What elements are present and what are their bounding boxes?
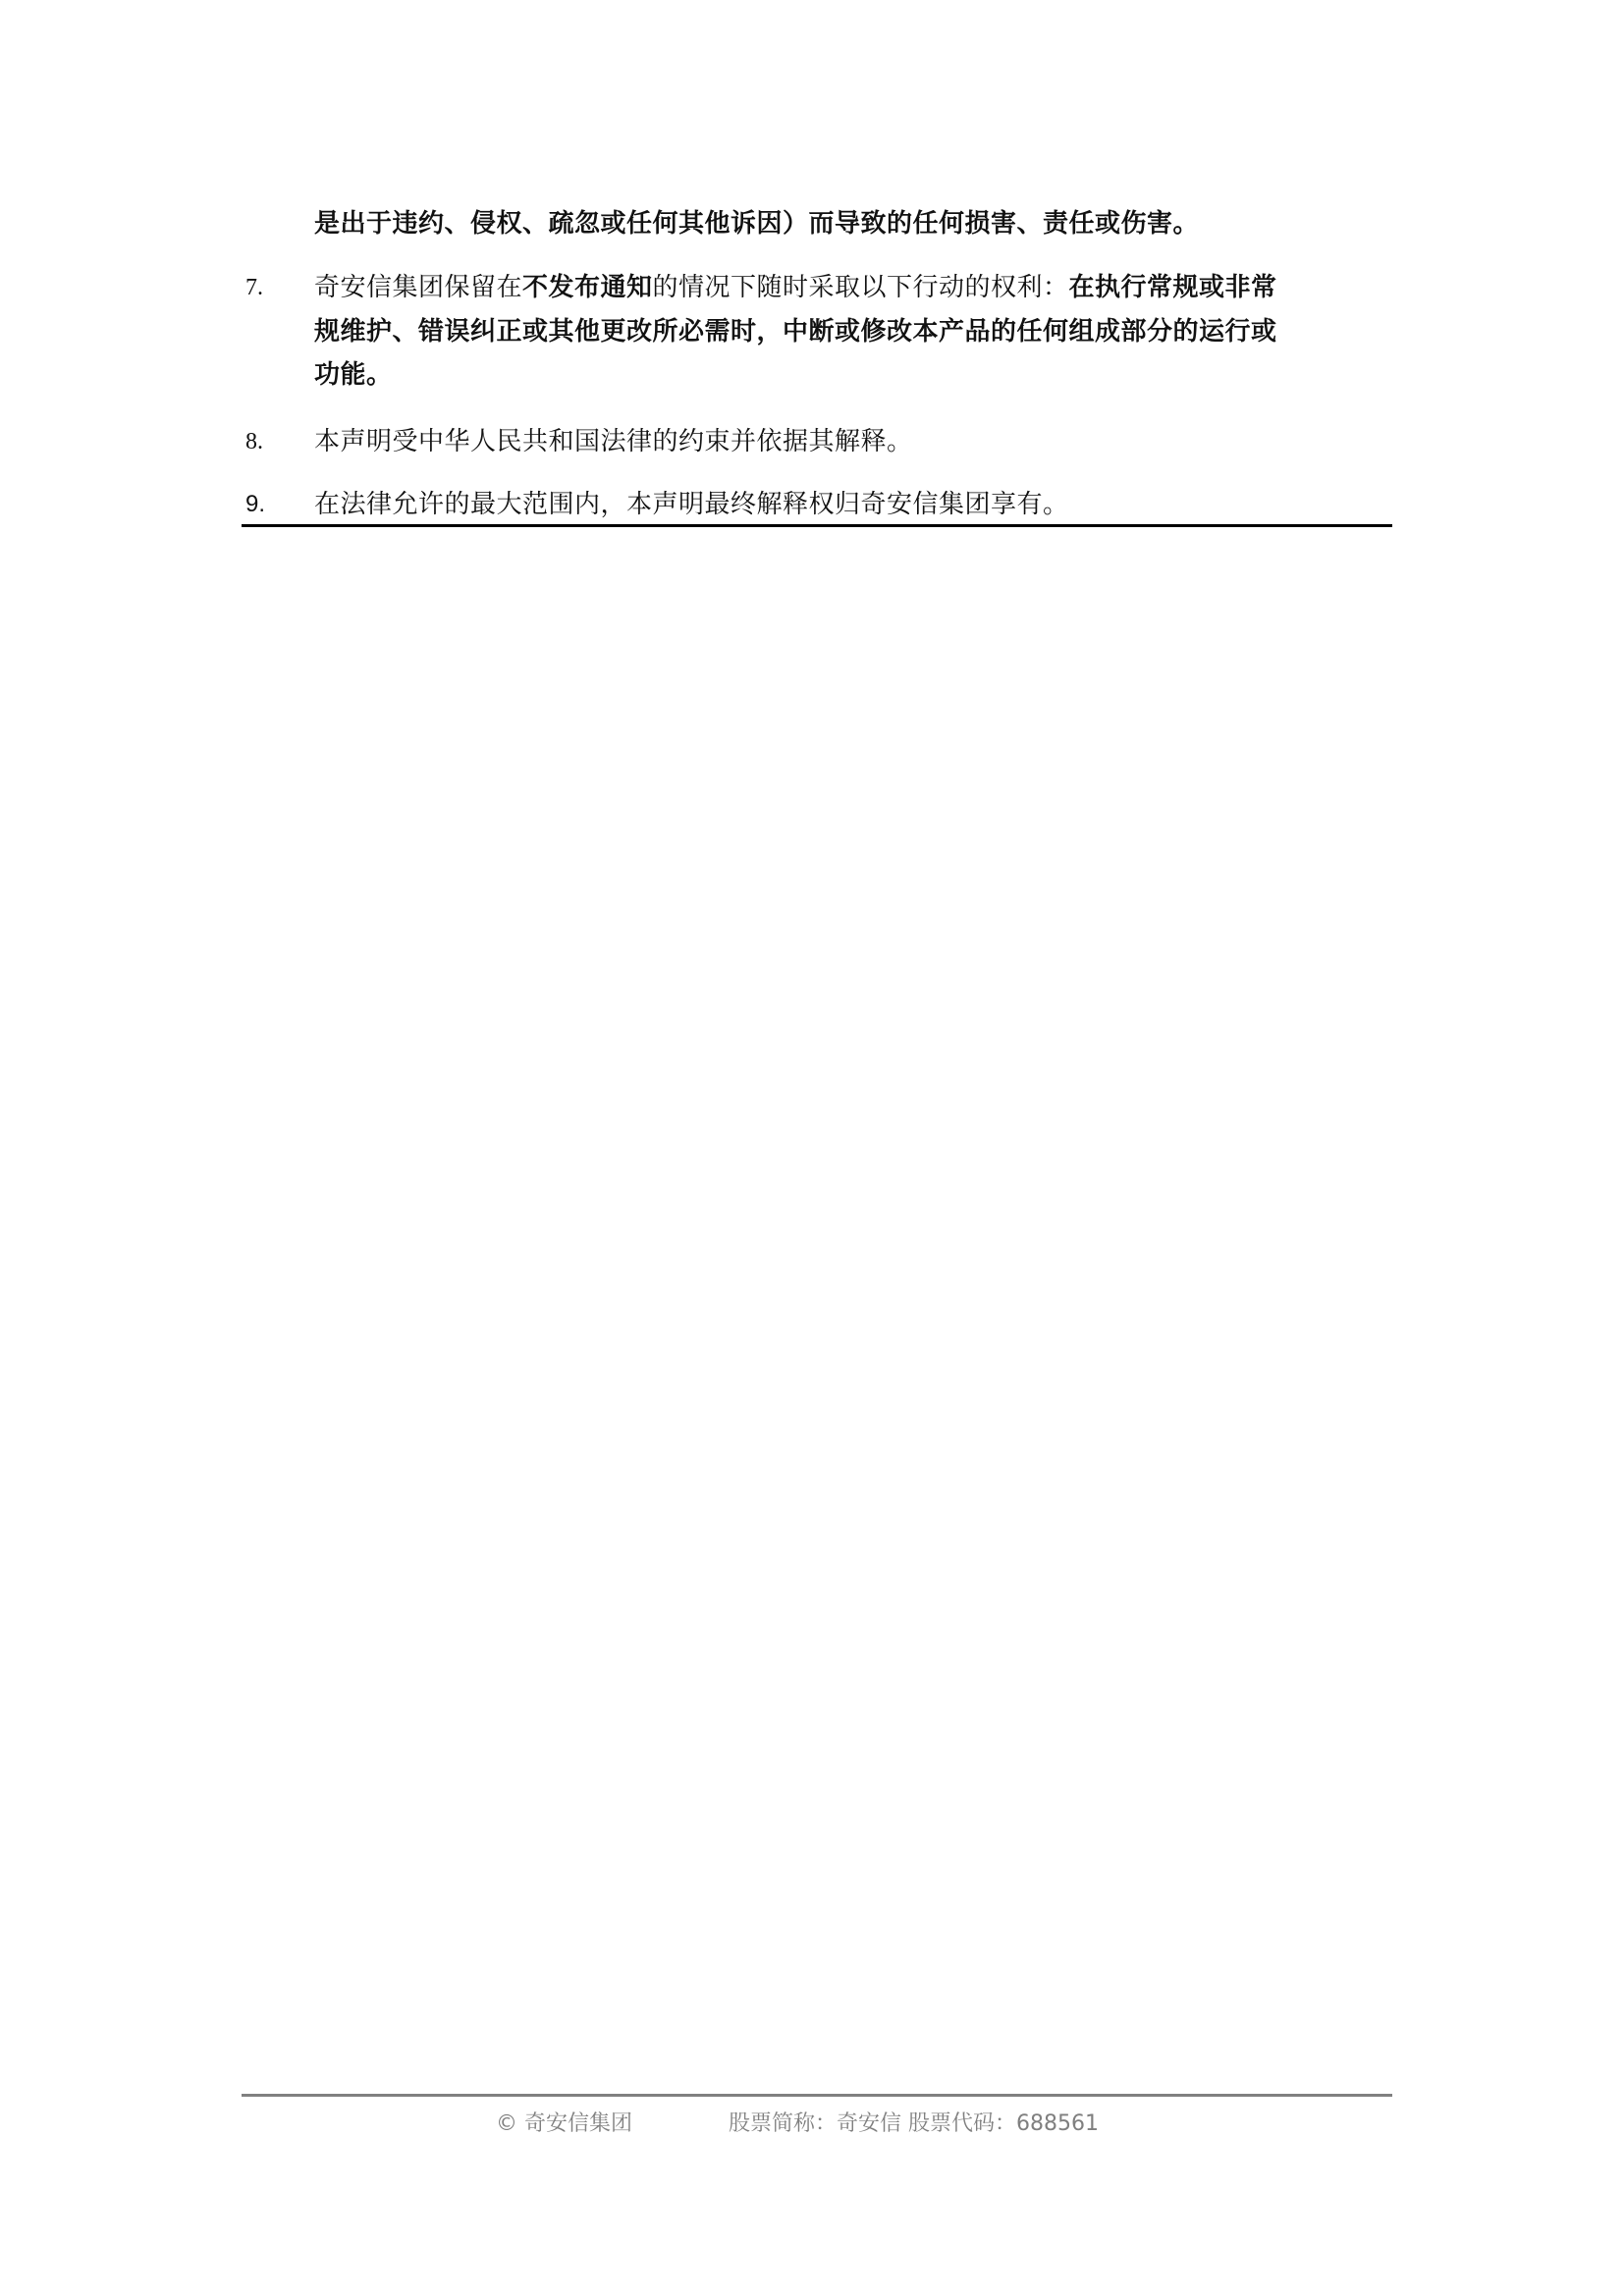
item-7-line-3: 功能。 xyxy=(314,359,393,391)
item-7-number: 7. xyxy=(245,272,263,303)
footer-rule xyxy=(242,2094,1392,2097)
item-7-segment-bold: 在执行常规或非常 xyxy=(1069,273,1277,302)
item-8-number: 8. xyxy=(245,426,263,457)
item-7-segment-bold: 不发布通知 xyxy=(522,273,653,302)
item-7-line-2: 规维护、错误纠正或其他更改所必需时，中断或修改本产品的任何组成部分的运行或 xyxy=(314,316,1277,347)
footer-stock-info: 股票简称：奇安信 股票代码：688561 xyxy=(729,2110,1099,2138)
item-9-number: 9. xyxy=(245,489,265,520)
item-7-segment: 奇安信集团保留在 xyxy=(314,273,522,302)
document-page: 是出于违约、侵权、疏忽或任何其他诉因）而导致的任何损害、责任或伤害。 7. 奇安… xyxy=(0,0,1624,2296)
section-end-rule xyxy=(242,524,1392,527)
item-8-text: 本声明受中华人民共和国法律的约束并依据其解释。 xyxy=(314,426,913,457)
item-7-line-1: 奇安信集团保留在不发布通知的情况下随时采取以下行动的权利：在执行常规或非常 xyxy=(314,272,1277,303)
footer-copyright: © 奇安信集团 xyxy=(496,2110,632,2138)
item-7-segment: 的情况下随时采取以下行动的权利： xyxy=(653,273,1069,302)
continuation-text: 是出于违约、侵权、疏忽或任何其他诉因）而导致的任何损害、责任或伤害。 xyxy=(314,208,1199,240)
item-9-text: 在法律允许的最大范围内，本声明最终解释权归奇安信集团享有。 xyxy=(314,489,1069,520)
